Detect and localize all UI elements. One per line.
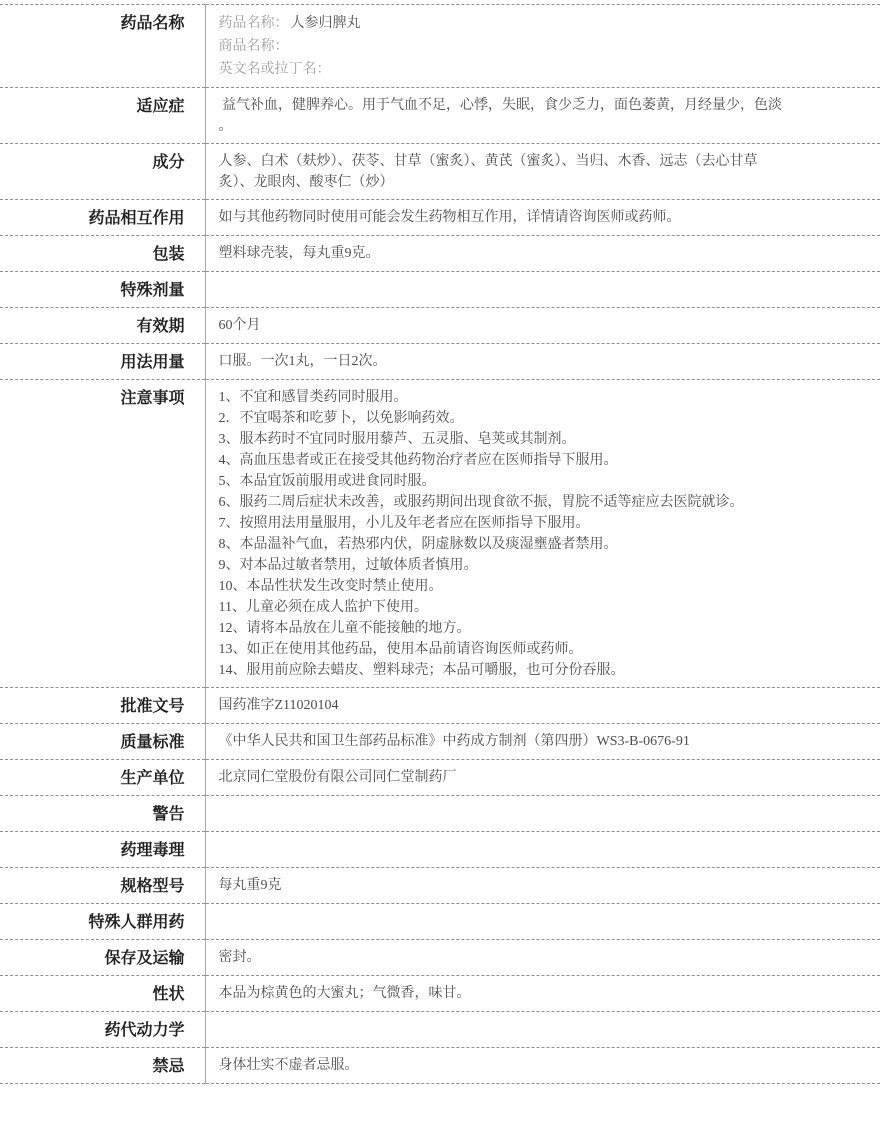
row-label: 注意事项 [0,380,205,688]
row-value: 身体壮实不虚者忌服。 [205,1048,880,1084]
row-label: 药理毒理 [0,832,205,868]
field-key: 商品名称： [219,39,289,54]
table-row: 用法用量口服。一次1丸，一日2次。 [0,344,880,380]
row-value: 国药准字Z11020104 [205,688,880,724]
row-value [205,904,880,940]
row-label: 药品相互作用 [0,200,205,236]
row-label: 适应症 [0,88,205,144]
field-value: 人参归脾丸 [291,16,361,31]
note-line: 6、服药二周后症状未改善，或服药期间出现食欲不振，胃脘不适等症应去医院就诊。 [219,492,841,513]
row-value: 药品名称：人参归脾丸商品名称：英文名或拉丁名： [205,5,880,88]
table-row: 药品名称药品名称：人参归脾丸商品名称：英文名或拉丁名： [0,5,880,88]
table-row: 包装塑料球壳装，每丸重9克。 [0,236,880,272]
table-row: 特殊人群用药 [0,904,880,940]
name-field-line: 药品名称：人参归脾丸 [219,12,841,35]
table-row: 警告 [0,796,880,832]
table-row: 注意事项1、不宜和感冒类药同时服用。2．不宜喝茶和吃萝卜，以免影响药效。3、服本… [0,380,880,688]
table-row: 适应症 益气补血，健脾养心。用于气血不足，心悸，失眠，食少乏力，面色萎黄，月经量… [0,88,880,144]
row-label: 性状 [0,976,205,1012]
row-label: 有效期 [0,308,205,344]
table-row: 药代动力学 [0,1012,880,1048]
row-label: 质量标准 [0,724,205,760]
row-value: 《中华人民共和国卫生部药品标准》中药成方制剂（第四册）WS3-B-0676-91 [205,724,880,760]
note-line: 1、不宜和感冒类药同时服用。 [219,387,841,408]
note-line: 2．不宜喝茶和吃萝卜，以免影响药效。 [219,408,841,429]
table-row: 成分人参、白术（麸炒）、茯苓、甘草（蜜炙）、黄芪（蜜炙）、当归、木香、远志（去心… [0,144,880,200]
name-field-line: 英文名或拉丁名： [219,58,841,81]
note-line: 7、按照用法用量服用，小儿及年老者应在医师指导下服用。 [219,513,841,534]
table-row: 生产单位北京同仁堂股份有限公司同仁堂制药厂 [0,760,880,796]
drug-table-body: 药品名称药品名称：人参归脾丸商品名称：英文名或拉丁名：适应症 益气补血，健脾养心… [0,5,880,1084]
row-value: 密封。 [205,940,880,976]
drug-info-table: 药品名称药品名称：人参归脾丸商品名称：英文名或拉丁名：适应症 益气补血，健脾养心… [0,4,880,1084]
table-row: 禁忌身体壮实不虚者忌服。 [0,1048,880,1084]
table-row: 药品相互作用如与其他药物同时使用可能会发生药物相互作用，详情请咨询医师或药师。 [0,200,880,236]
row-value: 每丸重9克 [205,868,880,904]
note-line: 5、本品宜饭前服用或进食同时服。 [219,471,841,492]
row-value: 本品为棕黄色的大蜜丸；气微香，味甘。 [205,976,880,1012]
note-line: 9、对本品过敏者禁用，过敏体质者慎用。 [219,555,841,576]
row-value [205,796,880,832]
note-line: 14、服用前应除去蜡皮、塑料球壳；本品可嚼服，也可分份吞服。 [219,660,841,681]
row-value: 如与其他药物同时使用可能会发生药物相互作用，详情请咨询医师或药师。 [205,200,880,236]
table-row: 保存及运输密封。 [0,940,880,976]
row-value [205,1012,880,1048]
note-line: 12、请将本品放在儿童不能接触的地方。 [219,618,841,639]
note-line: 8、本品温补气血，若热邪内伏，阴虚脉数以及痰湿壅盛者禁用。 [219,534,841,555]
table-row: 特殊剂量 [0,272,880,308]
row-value [205,272,880,308]
note-line: 10、本品性状发生改变时禁止使用。 [219,576,841,597]
row-value: 人参、白术（麸炒）、茯苓、甘草（蜜炙）、黄芪（蜜炙）、当归、木香、远志（去心甘草… [205,144,880,200]
name-field-line: 商品名称： [219,35,841,58]
table-row: 规格型号每丸重9克 [0,868,880,904]
field-key: 英文名或拉丁名： [219,62,331,77]
note-line: 4、高血压患者或正在接受其他药物治疗者应在医师指导下服用。 [219,450,841,471]
note-line: 3、服本药时不宜同时服用藜芦、五灵脂、皂荚或其制剂。 [219,429,841,450]
table-row: 有效期60个月 [0,308,880,344]
table-row: 质量标准《中华人民共和国卫生部药品标准》中药成方制剂（第四册）WS3-B-067… [0,724,880,760]
row-value: 北京同仁堂股份有限公司同仁堂制药厂 [205,760,880,796]
table-row: 批准文号国药准字Z11020104 [0,688,880,724]
row-label: 成分 [0,144,205,200]
row-value: 口服。一次1丸，一日2次。 [205,344,880,380]
row-label: 特殊人群用药 [0,904,205,940]
table-row: 性状本品为棕黄色的大蜜丸；气微香，味甘。 [0,976,880,1012]
row-label: 药代动力学 [0,1012,205,1048]
row-value: 60个月 [205,308,880,344]
row-label: 批准文号 [0,688,205,724]
row-label: 特殊剂量 [0,272,205,308]
row-label: 药品名称 [0,5,205,88]
row-label: 警告 [0,796,205,832]
row-label: 禁忌 [0,1048,205,1084]
row-label: 用法用量 [0,344,205,380]
drug-detail-page: 药品名称药品名称：人参归脾丸商品名称：英文名或拉丁名：适应症 益气补血，健脾养心… [0,4,880,1084]
row-label: 规格型号 [0,868,205,904]
row-label: 生产单位 [0,760,205,796]
row-value: 塑料球壳装，每丸重9克。 [205,236,880,272]
field-key: 药品名称： [219,16,289,31]
row-value [205,832,880,868]
note-line: 11、儿童必须在成人监护下使用。 [219,597,841,618]
row-value: 1、不宜和感冒类药同时服用。2．不宜喝茶和吃萝卜，以免影响药效。3、服本药时不宜… [205,380,880,688]
row-value: 益气补血，健脾养心。用于气血不足，心悸，失眠，食少乏力，面色萎黄，月经量少，色淡… [205,88,880,144]
note-line: 13、如正在使用其他药品，使用本品前请咨询医师或药师。 [219,639,841,660]
row-label: 包装 [0,236,205,272]
table-row: 药理毒理 [0,832,880,868]
row-label: 保存及运输 [0,940,205,976]
